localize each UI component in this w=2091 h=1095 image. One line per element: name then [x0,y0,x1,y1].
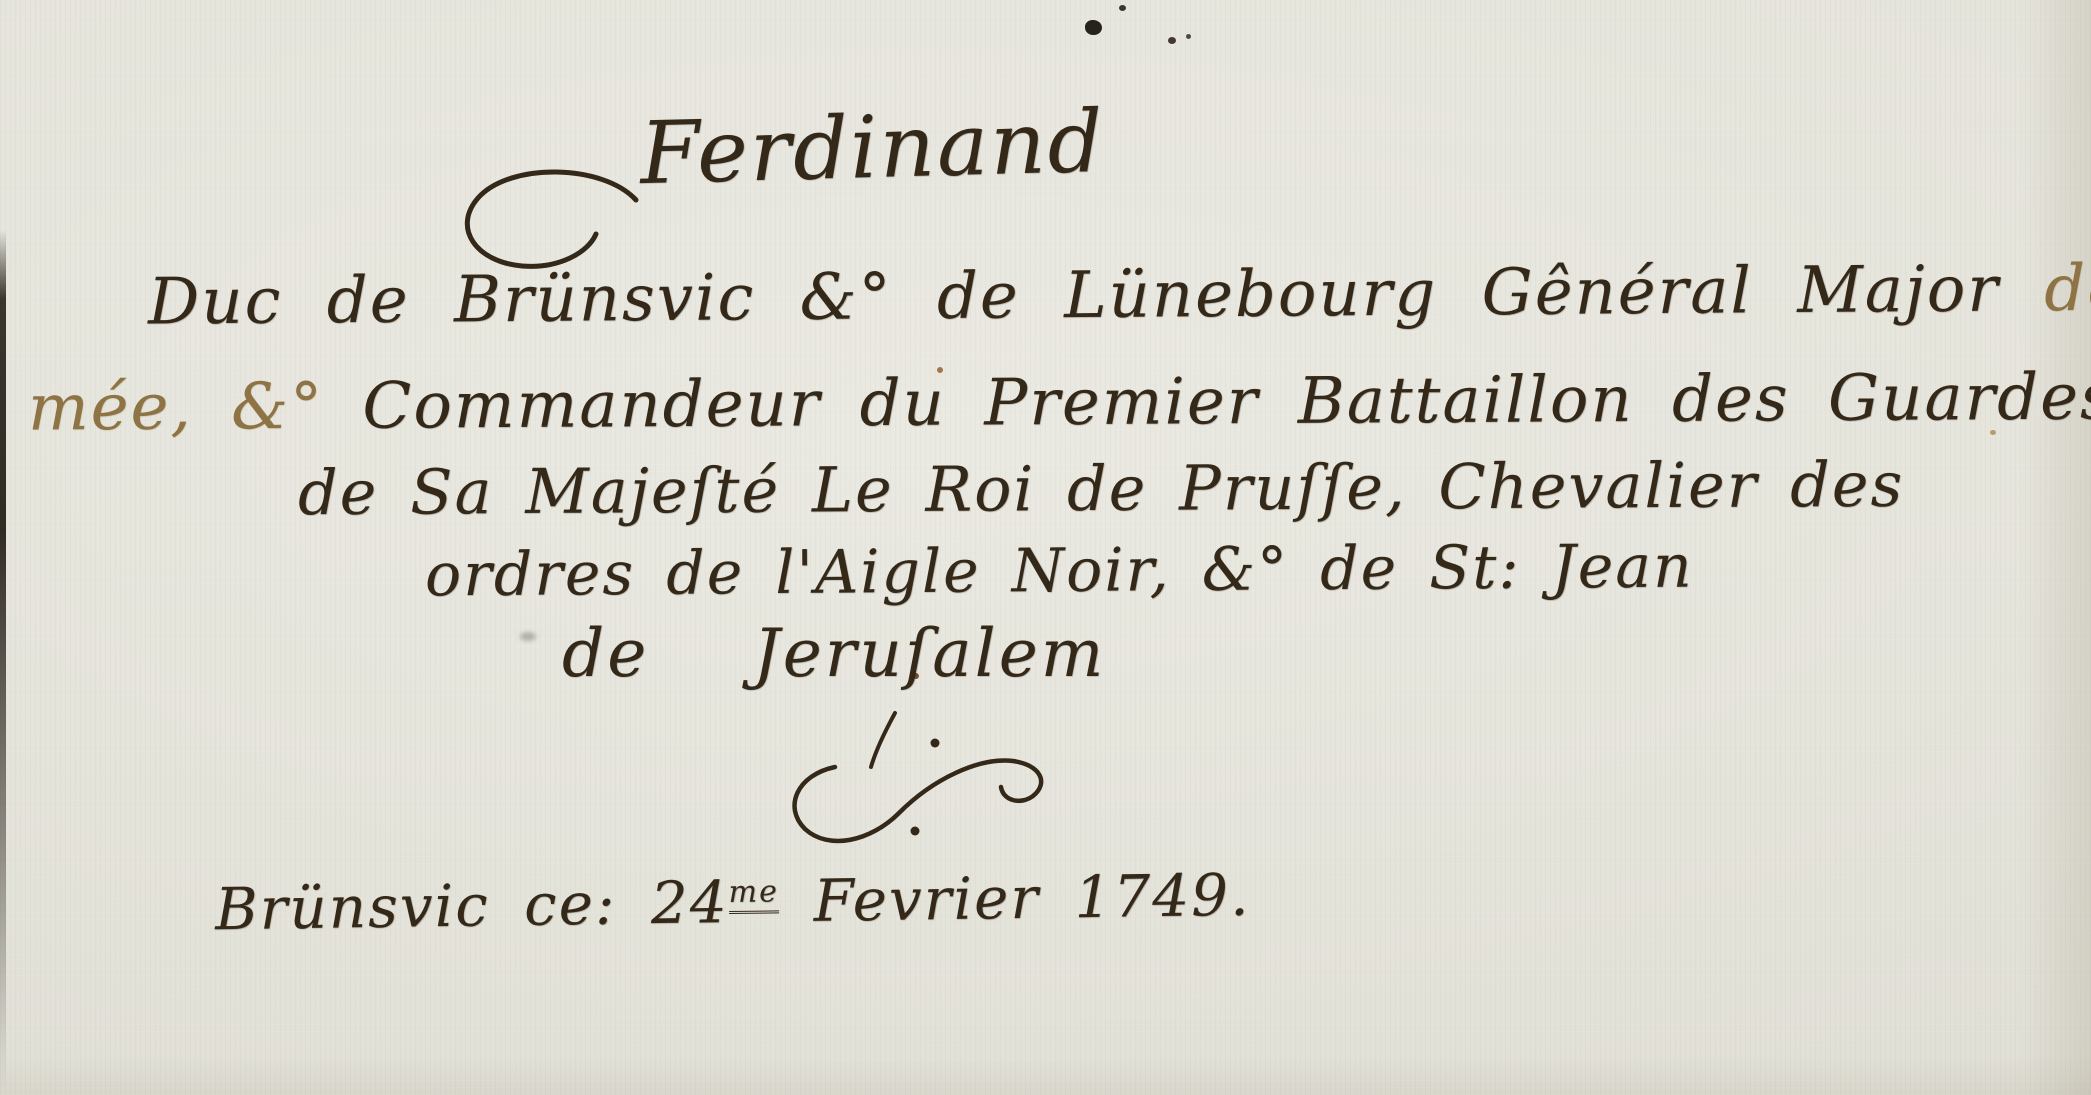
body-line-5: ordres de l'Aigle Noir, &° de St: Jean [425,532,1694,611]
page-right-shadow [2021,0,2091,1095]
body-line-6: de Jeruſalem [562,615,1106,692]
initial-swash-flourish [448,148,643,273]
dateline: Brünsvic ce: 24me Fevrier 1749. [215,861,1251,943]
title-ferdinand: Ferdinand [639,92,1106,204]
pen-flourish [775,695,1085,860]
manuscript-page: Ferdinand Duc de Brünsvic &° de Lünebour… [0,0,2091,1095]
page-bottom-shadow [0,1055,2091,1095]
body-line-3: mée, &° Commandeur du Premier Battaillon… [28,361,2091,446]
ink-speck [1168,37,1176,44]
body-line-4: de Sa Majeſté Le Roi de Pruſſe, Chevalie… [298,448,1905,529]
line2-main-text: Duc de Brünsvic &° de Lünebourg Gênéral … [148,253,2000,340]
ink-blot [1085,20,1102,35]
dateline-place-day: Brünsvic ce: 24 [215,868,730,943]
line3-main-text: Commandeur du Premier Battaillon des Gua… [362,361,2091,444]
line2-added-text: de l'ar- [2044,250,2091,326]
dateline-month-year: Fevrier 1749. [813,861,1251,935]
pencil-smudge [520,632,536,641]
body-line-2: Duc de Brünsvic &° de Lünebourg Gênéral … [148,250,2091,339]
dateline-ordinal-superscript: me [728,874,779,914]
page-gutter-edge [0,230,6,1090]
ink-speck [1119,5,1126,11]
line3-added-text: mée, &° [28,370,324,446]
ink-speck [1186,34,1191,39]
